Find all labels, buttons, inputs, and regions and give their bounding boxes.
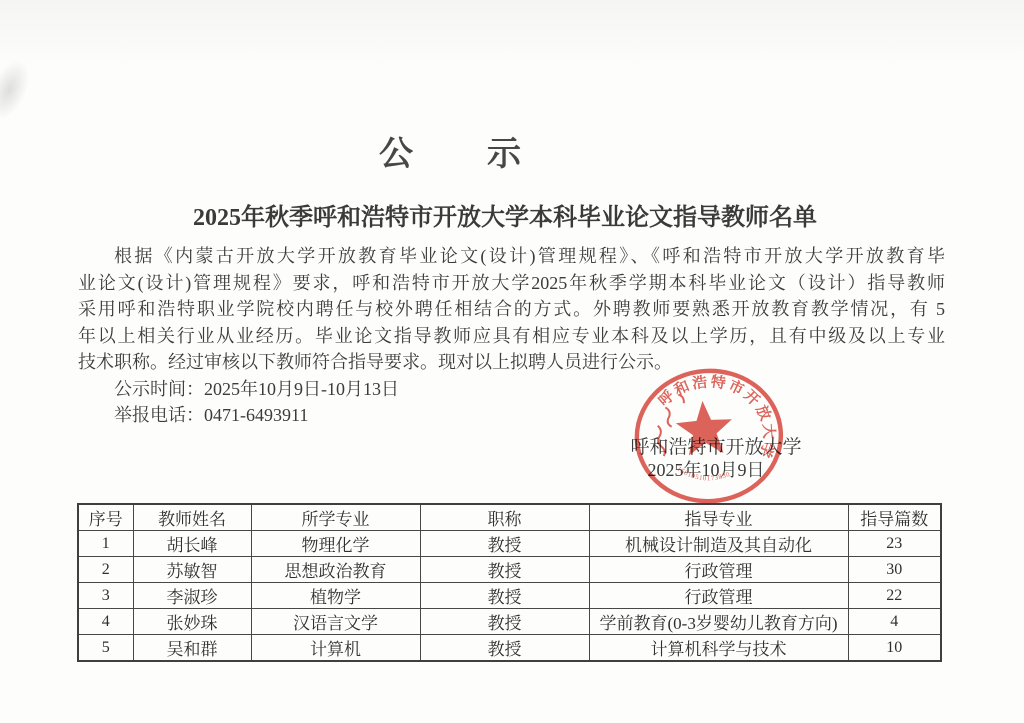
paragraph-line: 业论文(设计)管理规程》要求，呼和浩特市开放大学2025年秋季学期本科毕业论文（… bbox=[78, 270, 945, 297]
table-cell: 3 bbox=[78, 583, 133, 609]
table-cell: 5 bbox=[78, 635, 133, 662]
table-header-row: 序号 教师姓名 所学专业 职称 指导专业 指导篇数 bbox=[78, 504, 941, 531]
table-cell: 22 bbox=[848, 583, 941, 609]
table-cell: 教授 bbox=[420, 635, 589, 662]
table-header-cell: 指导专业 bbox=[589, 504, 848, 531]
table-cell: 教授 bbox=[420, 583, 589, 609]
document-page: 公 示 2025年秋季呼和浩特市开放大学本科毕业论文指导教师名单 根据《内蒙古开… bbox=[0, 0, 1024, 723]
paragraph-line: 根据《内蒙古开放大学开放教育毕业论文(设计)管理规程》、《呼和浩特市开放大学开放… bbox=[78, 243, 945, 270]
official-seal: 呼和浩特市开放大学 15010510173830 bbox=[625, 360, 793, 517]
svg-text:呼和浩特市开放大学: 呼和浩特市开放大学 bbox=[653, 369, 779, 470]
scan-smudge bbox=[0, 54, 38, 126]
table-cell: 10 bbox=[848, 635, 941, 662]
table-header-cell: 指导篇数 bbox=[848, 504, 941, 531]
table-row: 2 苏敏智 思想政治教育 教授 行政管理 30 bbox=[78, 557, 941, 583]
seal-arc-text: 呼和浩特市开放大学 bbox=[653, 369, 779, 470]
document-subtitle: 2025年秋季呼和浩特市开放大学本科毕业论文指导教师名单 bbox=[0, 197, 1010, 232]
table-row: 5 吴和群 计算机 教授 计算机科学与技术 10 bbox=[78, 635, 941, 662]
document-body: 根据《内蒙古开放大学开放教育毕业论文(设计)管理规程》、《呼和浩特市开放大学开放… bbox=[78, 243, 945, 429]
table-row: 1 胡长峰 物理化学 教授 机械设计制造及其自动化 23 bbox=[78, 531, 941, 557]
table-cell: 张妙珠 bbox=[133, 609, 251, 635]
table-cell: 吴和群 bbox=[133, 635, 251, 662]
document-title: 公 示 bbox=[0, 126, 902, 175]
table-cell: 植物学 bbox=[251, 583, 420, 609]
table-cell: 计算机 bbox=[251, 635, 420, 662]
star-icon bbox=[674, 399, 734, 456]
paragraph-line: 采用呼和浩特职业学院校内聘任与校外聘任相结合的方式。外聘教师要熟悉开放教育教学情… bbox=[78, 296, 945, 323]
advisors-table: 序号 教师姓名 所学专业 职称 指导专业 指导篇数 1 胡长峰 物理化学 教授 … bbox=[77, 503, 942, 662]
table-cell: 汉语言文学 bbox=[251, 609, 420, 635]
table-cell: 计算机科学与技术 bbox=[589, 635, 848, 662]
table-row: 3 李淑珍 植物学 教授 行政管理 22 bbox=[78, 583, 941, 609]
table-cell: 2 bbox=[78, 557, 133, 583]
table-cell: 1 bbox=[78, 531, 133, 557]
table-cell: 教授 bbox=[420, 557, 589, 583]
table-cell: 教授 bbox=[420, 531, 589, 557]
table-header-cell: 职称 bbox=[420, 504, 589, 531]
table-cell: 机械设计制造及其自动化 bbox=[589, 531, 848, 557]
table-cell: 李淑珍 bbox=[133, 583, 251, 609]
paragraph-line: 技术职称。经过审核以下教师符合指导要求。现对以上拟聘人员进行公示。 bbox=[78, 349, 945, 376]
table-cell: 苏敏智 bbox=[133, 557, 251, 583]
table-cell: 胡长峰 bbox=[133, 531, 251, 557]
table-row: 4 张妙珠 汉语言文学 教授 学前教育(0-3岁婴幼儿教育方向) 4 bbox=[78, 609, 941, 635]
table-cell: 行政管理 bbox=[589, 583, 848, 609]
scan-shadow bbox=[0, 0, 1024, 95]
table-cell: 思想政治教育 bbox=[251, 557, 420, 583]
table-header-cell: 所学专业 bbox=[251, 504, 420, 531]
table-cell: 物理化学 bbox=[251, 531, 420, 557]
report-phone-line: 举报电话：0471-6493911 bbox=[78, 402, 945, 429]
mongolian-script-mark bbox=[657, 425, 665, 456]
table-cell: 30 bbox=[848, 557, 941, 583]
table-header-cell: 序号 bbox=[78, 504, 133, 531]
table-cell: 4 bbox=[848, 609, 941, 635]
table-cell: 行政管理 bbox=[589, 557, 848, 583]
paragraph-line: 年以上相关行业从业经历。毕业论文指导教师应具有相应专业本科及以上学历，且有中级及… bbox=[78, 323, 945, 350]
table-cell: 学前教育(0-3岁婴幼儿教育方向) bbox=[589, 609, 848, 635]
table-header-cell: 教师姓名 bbox=[133, 504, 251, 531]
table-cell: 4 bbox=[78, 609, 133, 635]
notice-time-line: 公示时间：2025年10月9日-10月13日 bbox=[78, 376, 945, 403]
table-cell: 23 bbox=[848, 531, 941, 557]
mongolian-script-mark bbox=[665, 407, 671, 427]
table-cell: 教授 bbox=[420, 609, 589, 635]
svg-text:15010510173830: 15010510173830 bbox=[675, 462, 731, 485]
seal-serial-number: 15010510173830 bbox=[675, 462, 731, 485]
